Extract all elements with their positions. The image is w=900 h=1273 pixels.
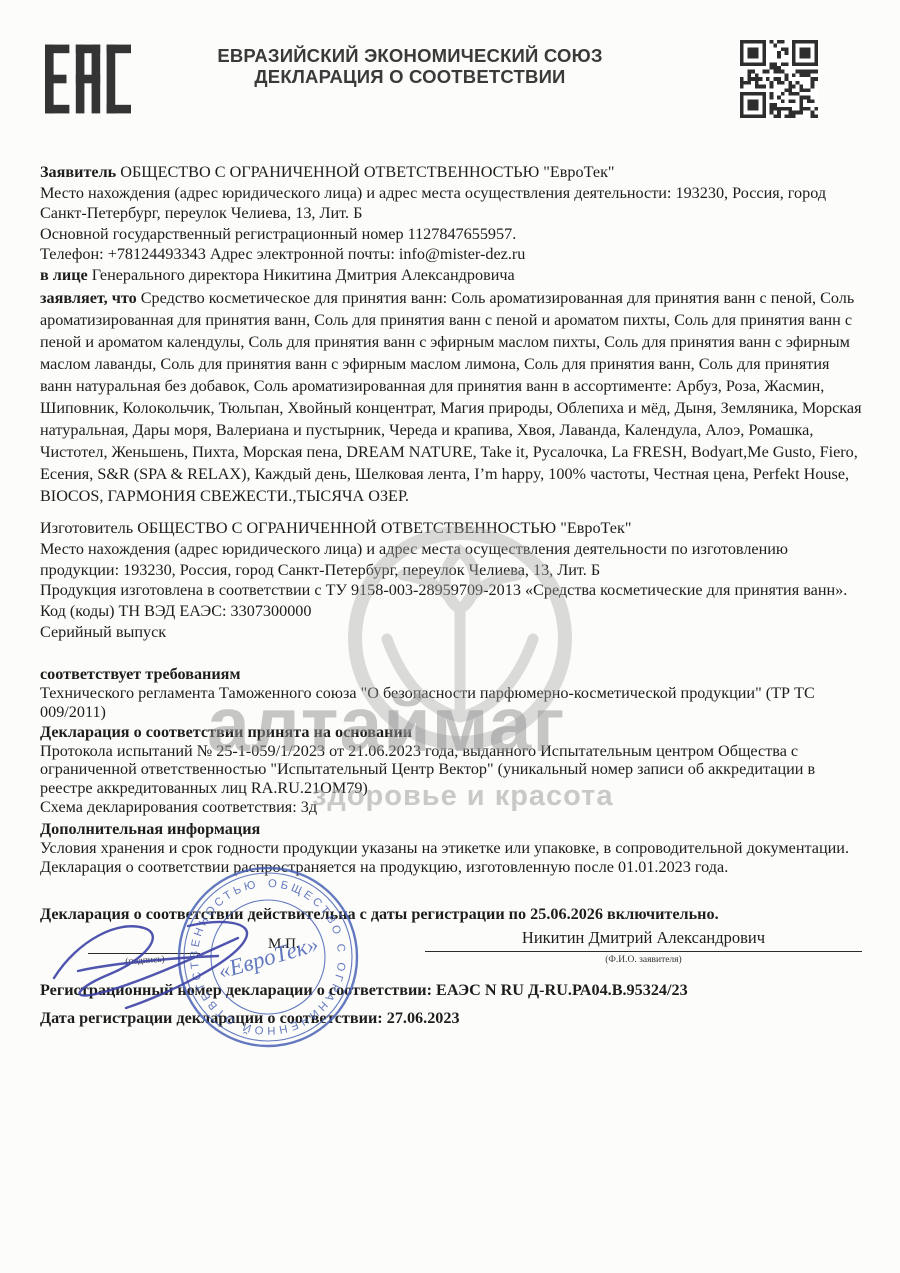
applicant-section: Заявитель ОБЩЕСТВО С ОГРАНИЧЕННОЙ ОТВЕТС… — [40, 162, 864, 286]
registration-date-line: Дата регистрации декларации о соответств… — [40, 1009, 864, 1028]
applicant-representative-line: в лице Генерального директора Никитина Д… — [40, 265, 864, 286]
additional-heading: Дополнительная информация — [40, 820, 864, 839]
document-title-block: ЕВРАЗИЙСКИЙ ЭКОНОМИЧЕСКИЙ СОЮЗ ДЕКЛАРАЦИ… — [200, 45, 620, 87]
signatory-line — [425, 951, 862, 952]
eac-logo-icon — [45, 42, 131, 116]
requirements-heading: соответствует требованиям — [40, 665, 864, 684]
basis-heading: Декларация о соответствии принята на осн… — [40, 723, 864, 742]
applicant-name: ОБЩЕСТВО С ОГРАНИЧЕННОЙ ОТВЕТСТВЕННОСТЬЮ… — [116, 163, 614, 181]
declares-label: заявляет, что — [40, 289, 137, 307]
applicant-contacts: Телефон: +78124493343 Адрес электронной … — [40, 244, 864, 265]
declaration-scheme: Схема декларирования соответствия: 3д — [40, 798, 864, 817]
manufacturer-address: Место нахождения (адрес юридического лиц… — [40, 539, 864, 581]
manufacturer-section: Изготовитель ОБЩЕСТВО С ОГРАНИЧЕННОЙ ОТВ… — [40, 518, 864, 643]
applicant-ogrn: Основной государственный регистрационный… — [40, 224, 864, 245]
requirements-text: Технического регламента Таможенного союз… — [40, 684, 864, 722]
declared-products-paragraph: заявляет, что Средство косметическое для… — [40, 287, 864, 507]
manufacturer-tu: Продукция изготовлена в соответствии с Т… — [40, 580, 864, 601]
additional-text: Условия хранения и срок годности продукц… — [40, 839, 864, 877]
document-header: ЕВРАЗИЙСКИЙ ЭКОНОМИЧЕСКИЙ СОЮЗ ДЕКЛАРАЦИ… — [45, 40, 865, 125]
declaration-document: ЕВРАЗИЙСКИЙ ЭКОНОМИЧЕСКИЙ СОЮЗ ДЕКЛАРАЦИ… — [0, 0, 900, 1273]
tnved-code: Код (коды) ТН ВЭД ЕАЭС: 3307300000 — [40, 601, 864, 622]
representative-label: в лице — [40, 266, 88, 284]
applicant-label: Заявитель — [40, 163, 116, 181]
serial-release: Серийный выпуск — [40, 622, 864, 643]
applicant-address: Место нахождения (адрес юридического лиц… — [40, 183, 864, 224]
manufacturer-name: Изготовитель ОБЩЕСТВО С ОГРАНИЧЕННОЙ ОТВ… — [40, 518, 864, 539]
additional-info-section: Дополнительная информация Условия хранен… — [40, 820, 864, 878]
basis-heading-text: Декларация о соответствии принята на осн… — [40, 723, 412, 741]
signatory-caption: (Ф.И.О. заявителя) — [425, 955, 862, 965]
title-union: ЕВРАЗИЙСКИЙ ЭКОНОМИЧЕСКИЙ СОЮЗ — [200, 45, 620, 66]
applicant-name-line: Заявитель ОБЩЕСТВО С ОГРАНИЧЕННОЙ ОТВЕТС… — [40, 162, 864, 183]
handwritten-signature — [48, 916, 298, 1011]
title-declaration: ДЕКЛАРАЦИЯ О СООТВЕТСТВИИ — [200, 66, 620, 87]
basis-text: Протокола испытаний № 25-1-059/1/2023 от… — [40, 742, 864, 798]
qr-code-icon — [740, 40, 818, 118]
requirements-heading-text: соответствует требованиям — [40, 665, 240, 683]
representative-name: Генерального директора Никитина Дмитрия … — [88, 266, 515, 284]
additional-heading-text: Дополнительная информация — [40, 820, 260, 838]
requirements-section: соответствует требованиям Технического р… — [40, 665, 864, 722]
basis-section: Декларация о соответствии принята на осн… — [40, 723, 864, 817]
signatory-name: Никитин Дмитрий Александрович — [425, 928, 862, 948]
declared-products-text: Средство косметическое для принятия ванн… — [40, 289, 862, 505]
declared-products-section: заявляет, что Средство косметическое для… — [40, 287, 864, 507]
